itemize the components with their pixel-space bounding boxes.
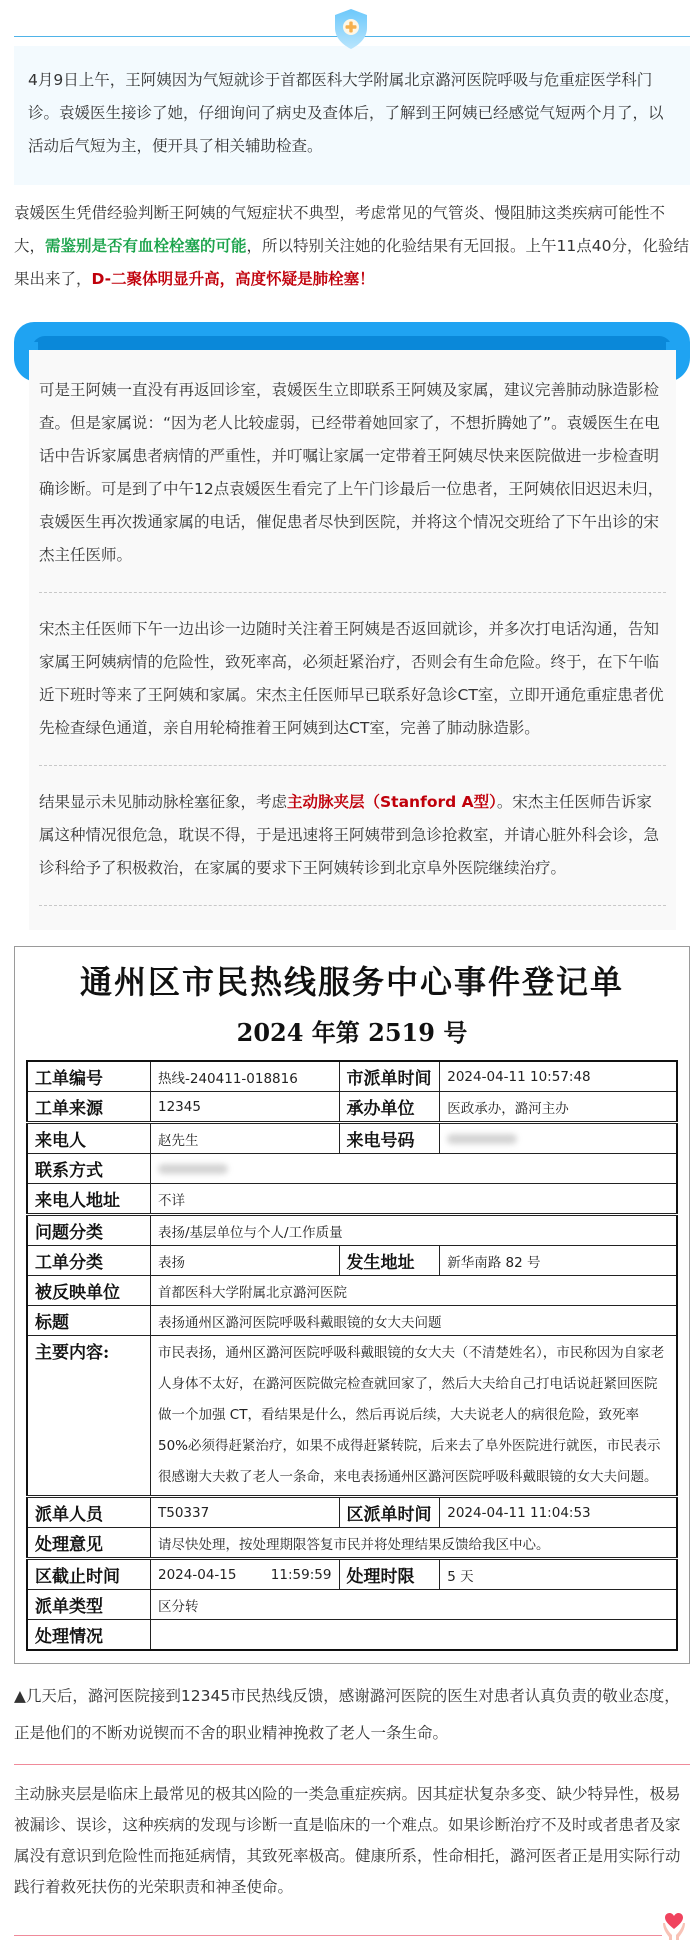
pink-divider	[14, 1764, 690, 1765]
intro-section: 4月9日上午，王阿姨因为气短就诊于首都医科大学附属北京潞河医院呼吸与危重症医学科…	[0, 0, 700, 185]
story-paragraph-1: 可是王阿姨一直没有再返回诊室，袁媛医生立即联系王阿姨及家属，建议完善肺动脉造影检…	[39, 364, 666, 586]
table-row: 标题 表扬通州区潞河医院呼吸科戴眼镜的女大夫问题	[27, 1306, 677, 1336]
dashed-divider	[39, 765, 666, 766]
story-paragraph-3: 结果显示未见肺动脉栓塞征象，考虑主动脉夹层（Stanford A型）。宋杰主任医…	[39, 776, 666, 899]
label-contact: 联系方式	[27, 1154, 151, 1184]
table-row: 工单分类 表扬 发生地址 新华南路 82 号	[27, 1246, 677, 1276]
value-title: 表扬通州区潞河医院呼吸科戴眼镜的女大夫问题	[151, 1306, 678, 1336]
dashed-divider	[39, 592, 666, 593]
label-processing: 处理情况	[27, 1620, 151, 1651]
label-district-dispatch-time: 区派单时间	[339, 1497, 440, 1528]
table-row: 派单类型 区分转	[27, 1590, 677, 1620]
form-caption: ▲几天后，潞河医院接到12345市民热线反馈，感谢潞河医院的医生对患者认真负责的…	[14, 1678, 690, 1752]
label-opinion: 处理意见	[27, 1528, 151, 1559]
table-row: 被反映单位 首都医科大学附属北京潞河医院	[27, 1276, 677, 1306]
redacted-blur	[158, 1164, 228, 1174]
label-deadline: 区截止时间	[27, 1559, 151, 1590]
value-source: 12345	[151, 1092, 340, 1123]
article-page: 4月9日上午，王阿姨因为气短就诊于首都医科大学附属北京潞河医院呼吸与危重症医学科…	[0, 0, 700, 1953]
value-district-dispatch-time: 2024-04-11 11:04:53	[440, 1497, 677, 1528]
label-content: 主要内容:	[27, 1336, 151, 1497]
label-time-limit: 处理时限	[339, 1559, 440, 1590]
value-handler: 医政承办，潞河主办	[440, 1092, 677, 1123]
label-location: 发生地址	[339, 1246, 440, 1276]
value-dispatcher: T50337	[151, 1497, 340, 1528]
value-order-no: 热线-240411-018816	[151, 1061, 340, 1092]
label-caller-phone: 来电号码	[339, 1123, 440, 1154]
label-caller: 来电人	[27, 1123, 151, 1154]
label-dispatcher: 派单人员	[27, 1497, 151, 1528]
heart-in-hands-icon	[660, 1911, 688, 1941]
label-dispatch-type: 派单类型	[27, 1590, 151, 1620]
story-card-body: 可是王阿姨一直没有再返回诊室，袁媛医生立即联系王阿姨及家属，建议完善肺动脉造影检…	[29, 350, 676, 930]
hotline-registration-form: 通州区市民热线服务中心事件登记单 2024 年第 2519 号 工单编号 热线-…	[14, 946, 690, 1664]
table-row: 联系方式	[27, 1154, 677, 1184]
highlight-aortic-dissection: 主动脉夹层（Stanford A型）	[287, 793, 497, 811]
table-row: 来电人 赵先生 来电号码	[27, 1123, 677, 1154]
label-order-no: 工单编号	[27, 1061, 151, 1092]
value-time-limit: 5 天	[440, 1559, 677, 1590]
value-caller-address: 不详	[151, 1184, 678, 1215]
label-order-category: 工单分类	[27, 1246, 151, 1276]
value-processing	[151, 1620, 678, 1651]
dashed-divider	[39, 905, 666, 906]
label-caller-address: 来电人地址	[27, 1184, 151, 1215]
redacted-blur	[447, 1134, 517, 1144]
value-contact-redacted	[151, 1154, 678, 1184]
label-subject-unit: 被反映单位	[27, 1276, 151, 1306]
label-city-dispatch-time: 市派单时间	[339, 1061, 440, 1092]
intro-text-box: 4月9日上午，王阿姨因为气短就诊于首都医科大学附属北京潞河医院呼吸与危重症医学科…	[14, 46, 690, 185]
table-row: 工单编号 热线-240411-018816 市派单时间 2024-04-11 1…	[27, 1061, 677, 1092]
registration-table: 工单编号 热线-240411-018816 市派单时间 2024-04-11 1…	[26, 1060, 678, 1651]
label-source: 工单来源	[27, 1092, 151, 1123]
value-content: 市民表扬，通州区潞河医院呼吸科戴眼镜的女大夫（不清楚姓名），市民称因为自家老人身…	[151, 1336, 678, 1497]
value-city-dispatch-time: 2024-04-11 10:57:48	[440, 1061, 677, 1092]
label-title: 标题	[27, 1306, 151, 1336]
story-text: 结果显示未见肺动脉栓塞征象，考虑	[39, 793, 287, 811]
diagnosis-paragraph: 袁媛医生凭借经验判断王阿姨的气短症状不典型，考虑常见的气管炎、慢阻肺这类疾病可能…	[14, 197, 690, 296]
shield-medical-icon	[333, 8, 369, 50]
label-handler: 承办单位	[339, 1092, 440, 1123]
highlight-thrombus: 需鉴别是否有血栓栓塞的可能	[45, 237, 247, 255]
value-issue-category: 表扬/基层单位与个人/工作质量	[151, 1215, 678, 1246]
story-card: 可是王阿姨一直没有再返回诊室，袁媛医生立即联系王阿姨及家属，建议完善肺动脉造影检…	[14, 322, 690, 930]
form-number: 2024 年第 2519 号	[26, 1003, 678, 1060]
story-paragraph-2: 宋杰主任医师下午一边出诊一边随时关注着王阿姨是否返回就诊，并多次打电话沟通，告知…	[39, 603, 666, 759]
table-row: 工单来源 12345 承办单位 医政承办，潞河主办	[27, 1092, 677, 1123]
footer	[0, 1903, 700, 1953]
table-row: 区截止时间 2024-04-15 11:59:59 处理时限 5 天	[27, 1559, 677, 1590]
table-row: 派单人员 T50337 区派单时间 2024-04-11 11:04:53	[27, 1497, 677, 1528]
label-issue-category: 问题分类	[27, 1215, 151, 1246]
value-caller-phone-redacted	[440, 1123, 677, 1154]
pink-divider	[14, 1935, 662, 1936]
value-opinion: 请尽快处理，按处理期限答复市民并将处理结果反馈给我区中心。	[151, 1528, 678, 1559]
highlight-pulmonary-embolism: D-二聚体明显升高，高度怀疑是肺栓塞！	[92, 270, 375, 288]
table-row: 处理意见 请尽快处理，按处理期限答复市民并将处理结果反馈给我区中心。	[27, 1528, 677, 1559]
table-row: 问题分类 表扬/基层单位与个人/工作质量	[27, 1215, 677, 1246]
value-order-category: 表扬	[151, 1246, 340, 1276]
closing-paragraph: 主动脉夹层是临床上最常见的极其凶险的一类急重症疾病。因其症状复杂多变、缺少特异性…	[14, 1779, 690, 1903]
value-subject-unit: 首都医科大学附属北京潞河医院	[151, 1276, 678, 1306]
table-row: 主要内容: 市民表扬，通州区潞河医院呼吸科戴眼镜的女大夫（不清楚姓名），市民称因…	[27, 1336, 677, 1497]
value-location: 新华南路 82 号	[440, 1246, 677, 1276]
value-dispatch-type: 区分转	[151, 1590, 678, 1620]
form-title: 通州区市民热线服务中心事件登记单	[26, 953, 678, 1003]
intro-paragraph: 4月9日上午，王阿姨因为气短就诊于首都医科大学附属北京潞河医院呼吸与危重症医学科…	[28, 64, 676, 163]
table-row: 处理情况	[27, 1620, 677, 1651]
value-deadline: 2024-04-15 11:59:59	[151, 1559, 340, 1590]
value-caller: 赵先生	[151, 1123, 340, 1154]
table-row: 来电人地址 不详	[27, 1184, 677, 1215]
